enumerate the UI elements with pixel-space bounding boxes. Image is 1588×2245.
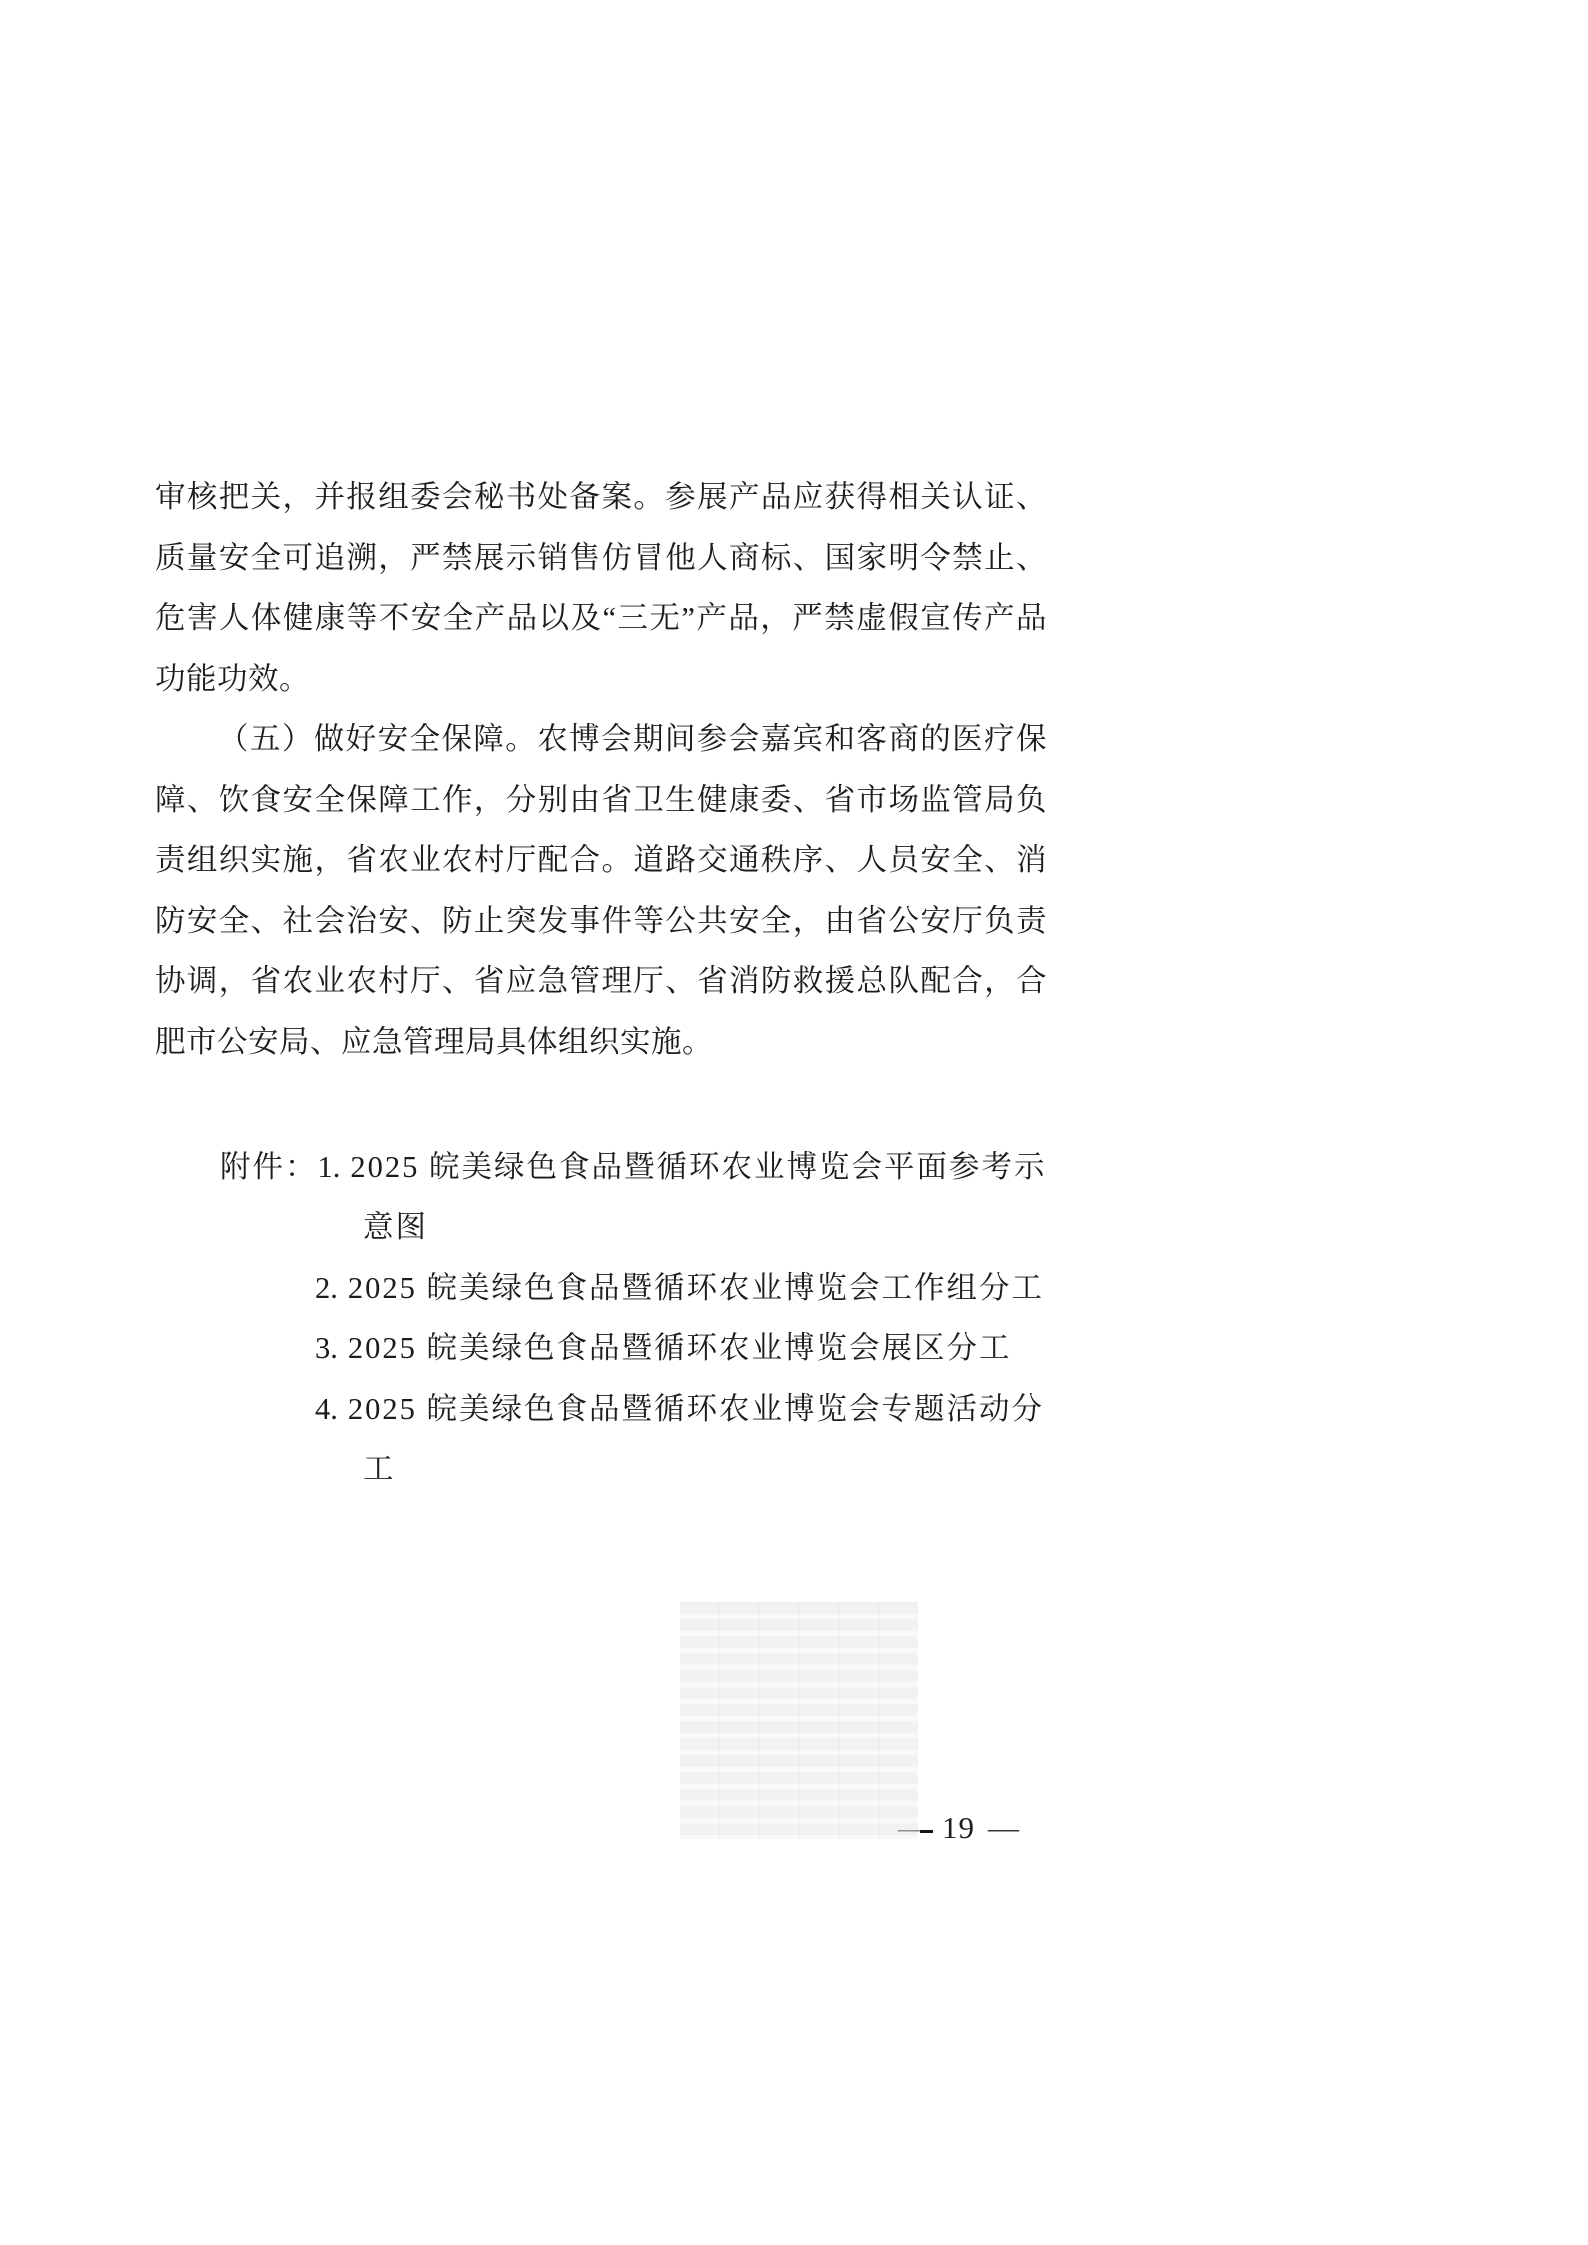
attachment-item-text: 2025 皖美绿色食品暨循环农业博览会展区分工 (348, 1331, 1012, 1365)
page-number-dash-right: — (988, 1810, 1019, 1846)
attachment-item-text: 工 (363, 1452, 396, 1486)
text-line: 协调，省农业农村厅、省应急管理厅、省消防救援总队配合，合 (155, 951, 1047, 1012)
scan-artifact-tick (920, 1830, 933, 1833)
page-number: — 19 — (898, 1804, 1019, 1852)
attachment-item-text: 2025 皖美绿色食品暨循环农业博览会工作组分工 (348, 1271, 1044, 1305)
body-text: 审核把关，并报组委会秘书处备案。参展产品应获得相关认证、 质量安全可追溯，严禁展… (155, 467, 1047, 1072)
attachment-item-text: 2025 皖美绿色食品暨循环农业博览会专题活动分 (348, 1392, 1044, 1426)
text-line: 障、饮食安全保障工作，分别由省卫生健康委、省市场监管局负 (155, 770, 1047, 831)
attachment-item-number: 1. (318, 1150, 341, 1184)
text-line: 审核把关，并报组委会秘书处备案。参展产品应获得相关认证、 (155, 467, 1047, 528)
attachment-row: 2.2025 皖美绿色食品暨循环农业博览会工作组分工 (315, 1258, 1044, 1319)
text-line: （五）做好安全保障。农博会期间参会嘉宾和客商的医疗保 (155, 709, 1047, 770)
document-page: 审核把关，并报组委会秘书处备案。参展产品应获得相关认证、 质量安全可追溯，严禁展… (0, 0, 1588, 2245)
text-line: 肥市公安局、应急管理局具体组织实施。 (155, 1012, 1047, 1073)
text-line: 危害人体健康等不安全产品以及“三无”产品，严禁虚假宣传产品 (155, 588, 1047, 649)
attachment-row: 工 (363, 1439, 396, 1500)
attachment-item-number: 3. (315, 1331, 338, 1365)
text-line: 责组织实施，省农业农村厅配合。道路交通秩序、人员安全、消 (155, 830, 1047, 891)
text-line: 功能功效。 (155, 649, 1047, 710)
attachment-item-text: 2025 皖美绿色食品暨循环农业博览会平面参考示 (350, 1150, 1046, 1184)
page-number-value: 19 (942, 1810, 975, 1846)
text-line: 质量安全可追溯，严禁展示销售仿冒他人商标、国家明令禁止、 (155, 528, 1047, 589)
attachment-item-text: 意图 (363, 1210, 428, 1244)
attachment-row: 附件：1.2025 皖美绿色食品暨循环农业博览会平面参考示 (220, 1137, 1047, 1198)
attachment-item-number: 2. (315, 1271, 338, 1305)
attachment-row: 3.2025 皖美绿色食品暨循环农业博览会展区分工 (315, 1318, 1012, 1379)
scan-artifact-watermark (680, 1602, 918, 1839)
text-line: 防安全、社会治安、防止突发事件等公共安全，由省公安厅负责 (155, 891, 1047, 952)
attachment-item-number: 4. (315, 1392, 338, 1426)
attachment-row: 意图 (363, 1197, 428, 1258)
page-number-dash-left: — (898, 1810, 929, 1846)
attachment-label: 附件： (220, 1150, 318, 1184)
attachment-row: 4.2025 皖美绿色食品暨循环农业博览会专题活动分 (315, 1379, 1044, 1440)
